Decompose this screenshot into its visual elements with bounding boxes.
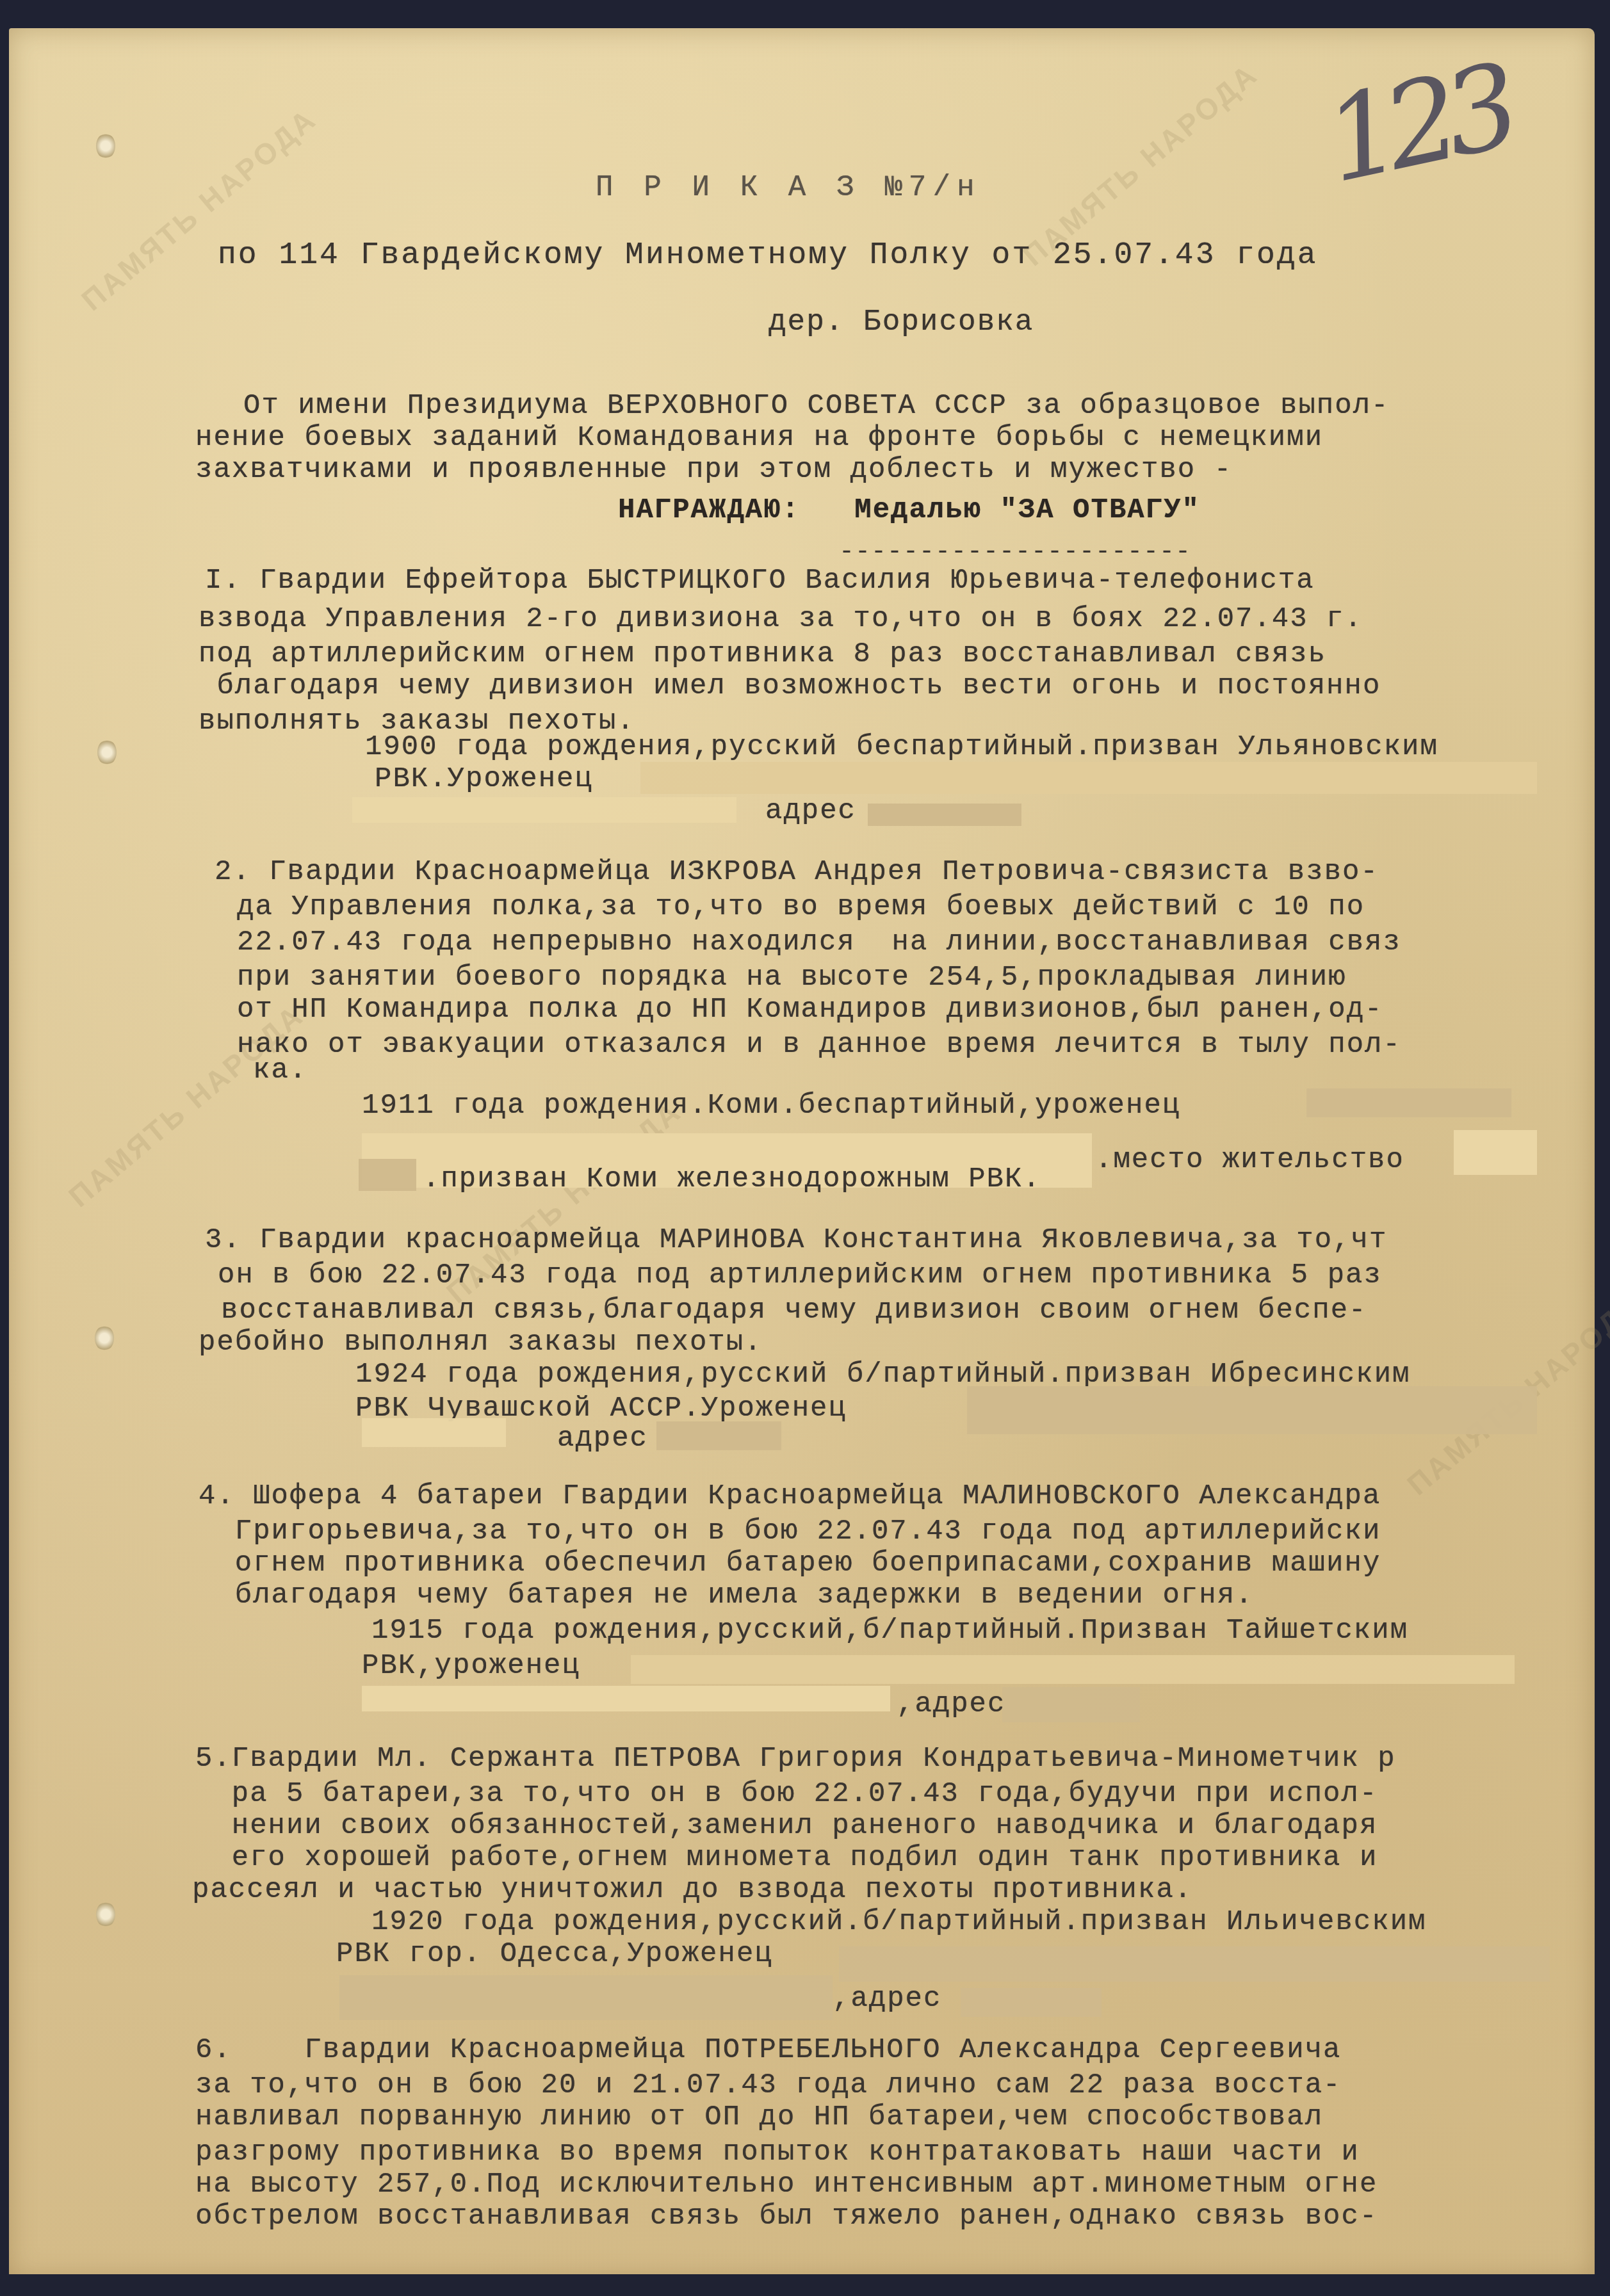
entry-2-bio: .призван Коми железнодорожным РВК.: [423, 1165, 1041, 1193]
entry-2-bio: 1911 года рождения.Коми.беспартийный,уро…: [362, 1092, 1180, 1120]
redaction-box: [640, 762, 1537, 794]
entry-1-line: под артиллерийским огнем противника 8 ра…: [199, 640, 1326, 668]
entry-3-line: 3. Гвардии красноармейца МАРИНОВА Конста…: [205, 1226, 1387, 1254]
entry-2-line: от НП Командира полка до НП Командиров д…: [237, 996, 1383, 1024]
preamble-line: От имени Президиума ВЕРХОВНОГО СОВЕТА СС…: [243, 392, 1389, 420]
entry-3-line: ребойно выполнял заказы пехоты.: [199, 1329, 763, 1357]
entry-2-line: ка.: [253, 1056, 307, 1085]
entry-3-line: восстанавливал связь,благодаря чему диви…: [221, 1297, 1367, 1325]
entry-3-address-label: адрес: [557, 1425, 648, 1453]
redaction-box: [656, 1421, 781, 1450]
entry-4-line: благодаря чему батарея не имела задержки…: [199, 1581, 1253, 1610]
entry-2-line: при занятии боевого порядка на высоте 25…: [237, 964, 1347, 992]
preamble-line: захватчиками и проявленные при этом добл…: [195, 456, 1232, 484]
redaction-box: [1454, 1130, 1537, 1175]
scan-border: [0, 2274, 1610, 2296]
redaction-box: [359, 1159, 416, 1191]
redaction-box: [1306, 1088, 1511, 1117]
entry-3-line: он в бою 22.07.43 года под артиллерийски…: [218, 1261, 1382, 1289]
punch-hole-icon: [96, 133, 115, 159]
redaction-box: [839, 1946, 1550, 1982]
entry-4-line: 4. Шофера 4 батареи Гвардии Красноармейц…: [199, 1482, 1381, 1510]
entry-5-bio: РВК гор. Одесса,Уроженец: [336, 1940, 773, 1968]
redaction-box: [362, 1418, 506, 1447]
entry-5-line: его хорошей работе,огнем миномета подбил…: [195, 1844, 1378, 1872]
entry-4-address-label: ,адрес: [897, 1690, 1005, 1718]
entry-5-bio: 1920 года рождения,русский.б/партийный.п…: [371, 1908, 1426, 1936]
redaction-box: [868, 804, 1021, 826]
order-subtitle: по 114 Гвардейскому Минометному Полку от…: [218, 240, 1317, 271]
entry-3-bio: 1924 года рождения,русский б/партийный.п…: [355, 1361, 1410, 1389]
redaction-box: [339, 1975, 833, 2020]
entry-2-bio: .место жительство: [1095, 1146, 1404, 1174]
redaction-box: [362, 1686, 890, 1711]
redaction-box: [1002, 1687, 1140, 1722]
entry-4-line: огнем противника обеспечил батарею боепр…: [199, 1549, 1381, 1578]
award-line: НАГРАЖДАЮ: Медалью "ЗА ОТВАГУ": [618, 496, 1200, 524]
entry-4-bio: РВК,уроженец: [362, 1652, 580, 1680]
entry-1-line: благодаря чему дивизион имел возможность…: [199, 672, 1381, 700]
entry-2-line: нако от эвакуации отказался и в данное в…: [237, 1031, 1401, 1059]
order-location: дер. Борисовка: [768, 307, 1034, 337]
preamble-line: нение боевых заданий Командования на фро…: [195, 424, 1323, 452]
redaction-box: [631, 1655, 1515, 1684]
entry-4-bio: 1915 года рождения,русский,б/партийный.П…: [371, 1617, 1408, 1645]
entry-6-line: разгрому противника во время попыток кон…: [195, 2138, 1360, 2167]
entry-5-address-label: ,адрес: [833, 1985, 941, 2013]
entry-1-line: взвода Управления 2-го дивизиона за то,ч…: [199, 605, 1363, 633]
entry-6-line: на высоту 257,0.Под исключительно интенс…: [195, 2171, 1378, 2199]
punch-hole-icon: [97, 740, 117, 765]
redaction-box: [967, 1386, 1537, 1434]
entry-5-line: нении своих обязанностей,заменил раненог…: [195, 1812, 1378, 1840]
redaction-box: [961, 1988, 1102, 2017]
entry-1-bio: 1900 года рождения,русский беспартийный.…: [365, 733, 1438, 761]
entry-5-line: ра 5 батареи,за то,что он в бою 22.07.43…: [195, 1780, 1378, 1808]
entry-1-line: I. Гвардии Ефрейтора БЫСТРИЦКОГО Василия…: [205, 567, 1315, 595]
punch-hole-icon: [96, 1902, 115, 1927]
entry-6-line: за то,что он в бою 20 и 21.07.43 года ли…: [195, 2071, 1341, 2099]
order-title: П Р И К А З №7/н: [596, 173, 981, 202]
separator: ----------------------: [839, 538, 1191, 567]
entry-6-line: навливал порванную линию от ОП до НП бат…: [195, 2103, 1323, 2131]
entry-2-line: 22.07.43 года непрерывно находился на ли…: [237, 928, 1401, 957]
entry-1-bio: РВК.Уроженец: [375, 765, 593, 793]
entry-5-line: 5.Гвардии Мл. Сержанта ПЕТРОВА Григория …: [195, 1745, 1396, 1773]
entry-2-line: да Управления полка,за то,что во время б…: [237, 893, 1365, 921]
punch-hole-icon: [95, 1325, 114, 1351]
entry-5-line: рассеял и частью уничтожил до взвода пех…: [192, 1876, 1192, 1904]
entry-6-line: обстрелом восстанавливая связь был тяжел…: [195, 2203, 1378, 2231]
entry-4-line: Григорьевича,за то,что он в бою 22.07.43…: [199, 1517, 1381, 1546]
redaction-box: [352, 797, 736, 823]
entry-6-line: 6. Гвардии Красноармейца ПОТРЕБЕЛЬНОГО А…: [195, 2036, 1341, 2064]
entry-1-address-label: адрес: [765, 797, 856, 825]
entry-2-line: 2. Гвардии Красноармейца ИЗКРОВА Андрея …: [215, 858, 1379, 886]
